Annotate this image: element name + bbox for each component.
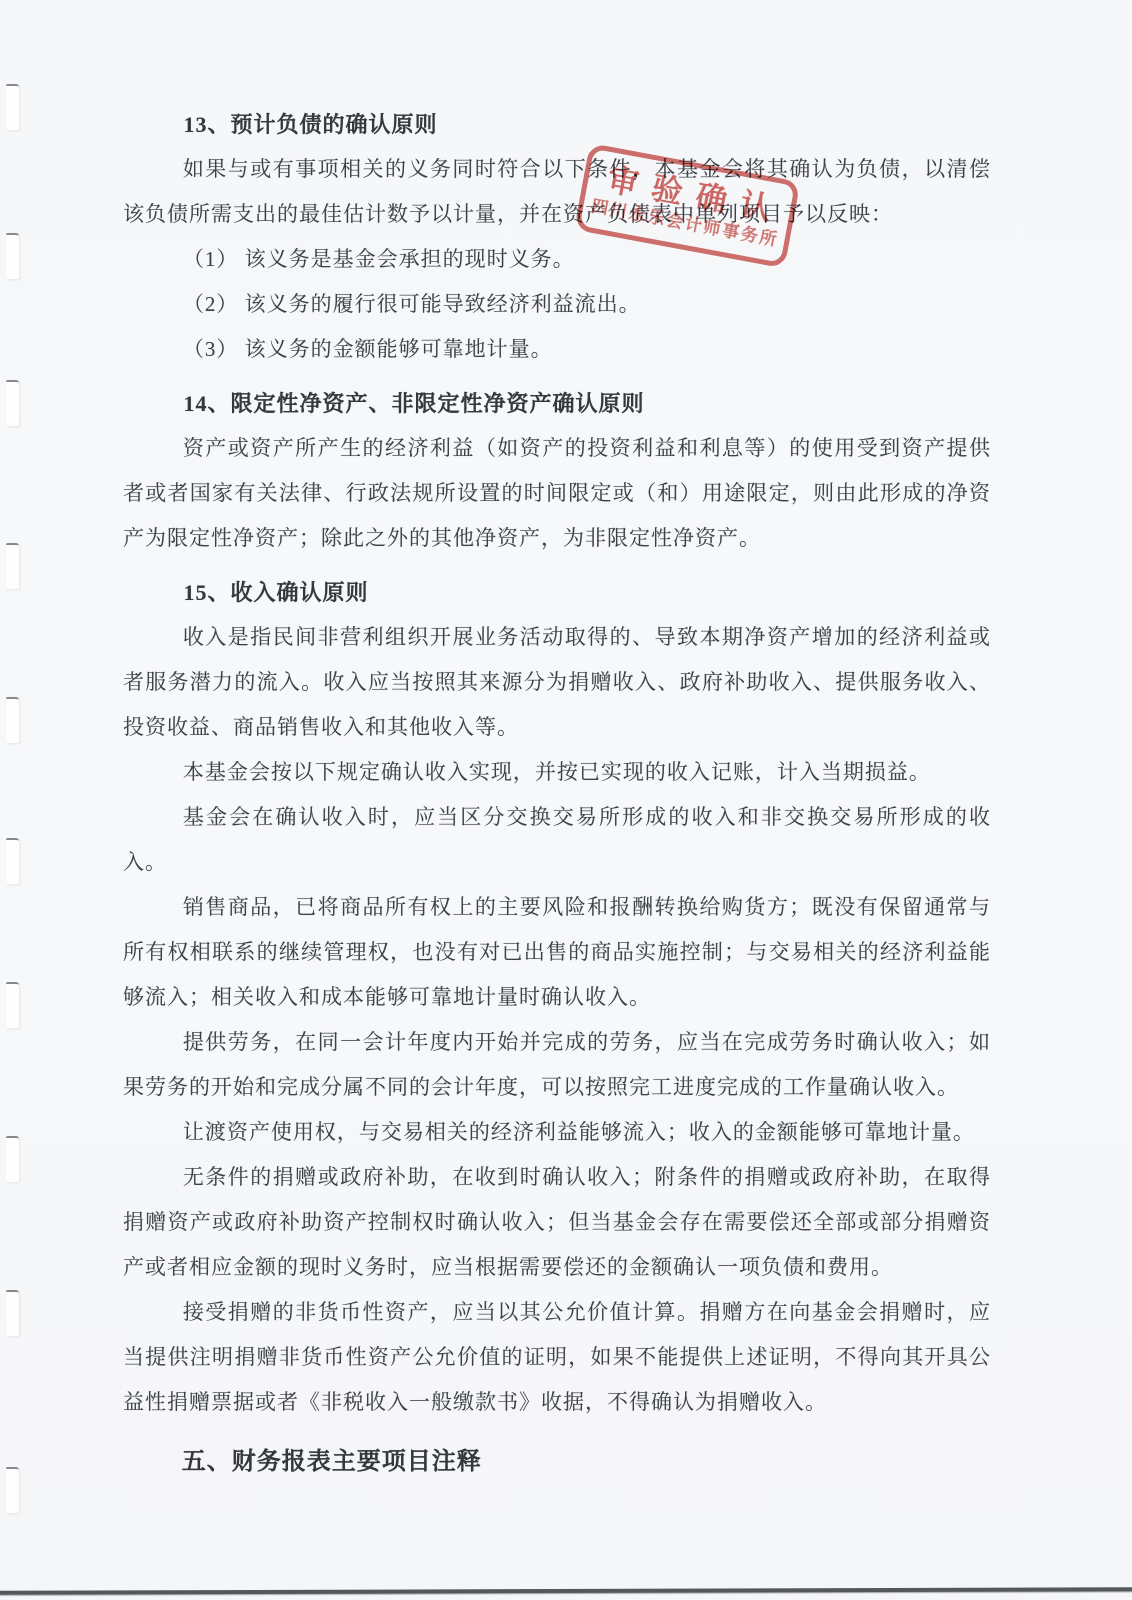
paragraph: 提供劳务，在同一会计年度内开始并完成的劳务，应当在完成劳务时确认收入；如果劳务的… — [123, 1020, 991, 1110]
paragraph: 资产或资产所产生的经济利益（如资产的投资利益和利息等）的使用受到资产提供者或者国… — [123, 426, 991, 561]
section-heading: 14、限定性净资产、非限定性净资产确认原则 — [123, 381, 991, 426]
paragraph: （1） 该义务是基金会承担的现时义务。 — [123, 237, 991, 282]
paragraph: 无条件的捐赠或政府补助，在收到时确认收入；附条件的捐赠或政府补助，在取得捐赠资产… — [123, 1155, 991, 1290]
scan-bottom-edge — [0, 1587, 1132, 1595]
paragraph: （3） 该义务的金额能够可靠地计量。 — [123, 327, 991, 372]
document-body: 13、预计负债的确认原则如果与或有事项相关的义务同时符合以下条件，本基金会将其确… — [123, 93, 991, 1487]
paragraph: 接受捐赠的非货币性资产，应当以其公允价值计算。捐赠方在向基金会捐赠时，应当提供注… — [123, 1290, 991, 1425]
binder-hole — [6, 543, 19, 589]
binder-hole — [6, 233, 19, 279]
closing-section-heading: 五、财务报表主要项目注释 — [123, 1437, 991, 1487]
binder-hole — [6, 697, 19, 743]
paragraph: （2） 该义务的履行很可能导致经济利益流出。 — [123, 282, 991, 327]
binder-hole — [6, 982, 19, 1028]
binder-hole — [6, 1136, 19, 1182]
binder-hole — [6, 1290, 19, 1336]
paragraph: 如果与或有事项相关的义务同时符合以下条件，本基金会将其确认为负债，以清偿该负债所… — [123, 147, 991, 237]
paragraph: 让渡资产使用权，与交易相关的经济利益能够流入；收入的金额能够可靠地计量。 — [123, 1110, 991, 1155]
binder-hole — [6, 1467, 19, 1513]
paragraph: 收入是指民间非营利组织开展业务活动取得的、导致本期净资产增加的经济利益或者服务潜… — [123, 615, 991, 750]
paragraph: 基金会在确认收入时，应当区分交换交易所形成的收入和非交换交易所形成的收入。 — [123, 795, 991, 885]
binder-hole — [6, 838, 19, 884]
scanned-document-page: 13、预计负债的确认原则如果与或有事项相关的义务同时符合以下条件，本基金会将其确… — [0, 0, 1132, 1600]
section-heading: 13、预计负债的确认原则 — [123, 102, 991, 147]
paragraph: 销售商品，已将商品所有权上的主要风险和报酬转换给购货方；既没有保留通常与所有权相… — [123, 885, 991, 1020]
section-heading: 15、收入确认原则 — [123, 570, 991, 615]
binder-hole — [6, 84, 19, 130]
paragraph: 本基金会按以下规定确认收入实现，并按已实现的收入记账，计入当期损益。 — [123, 750, 991, 795]
binder-hole — [6, 380, 19, 426]
